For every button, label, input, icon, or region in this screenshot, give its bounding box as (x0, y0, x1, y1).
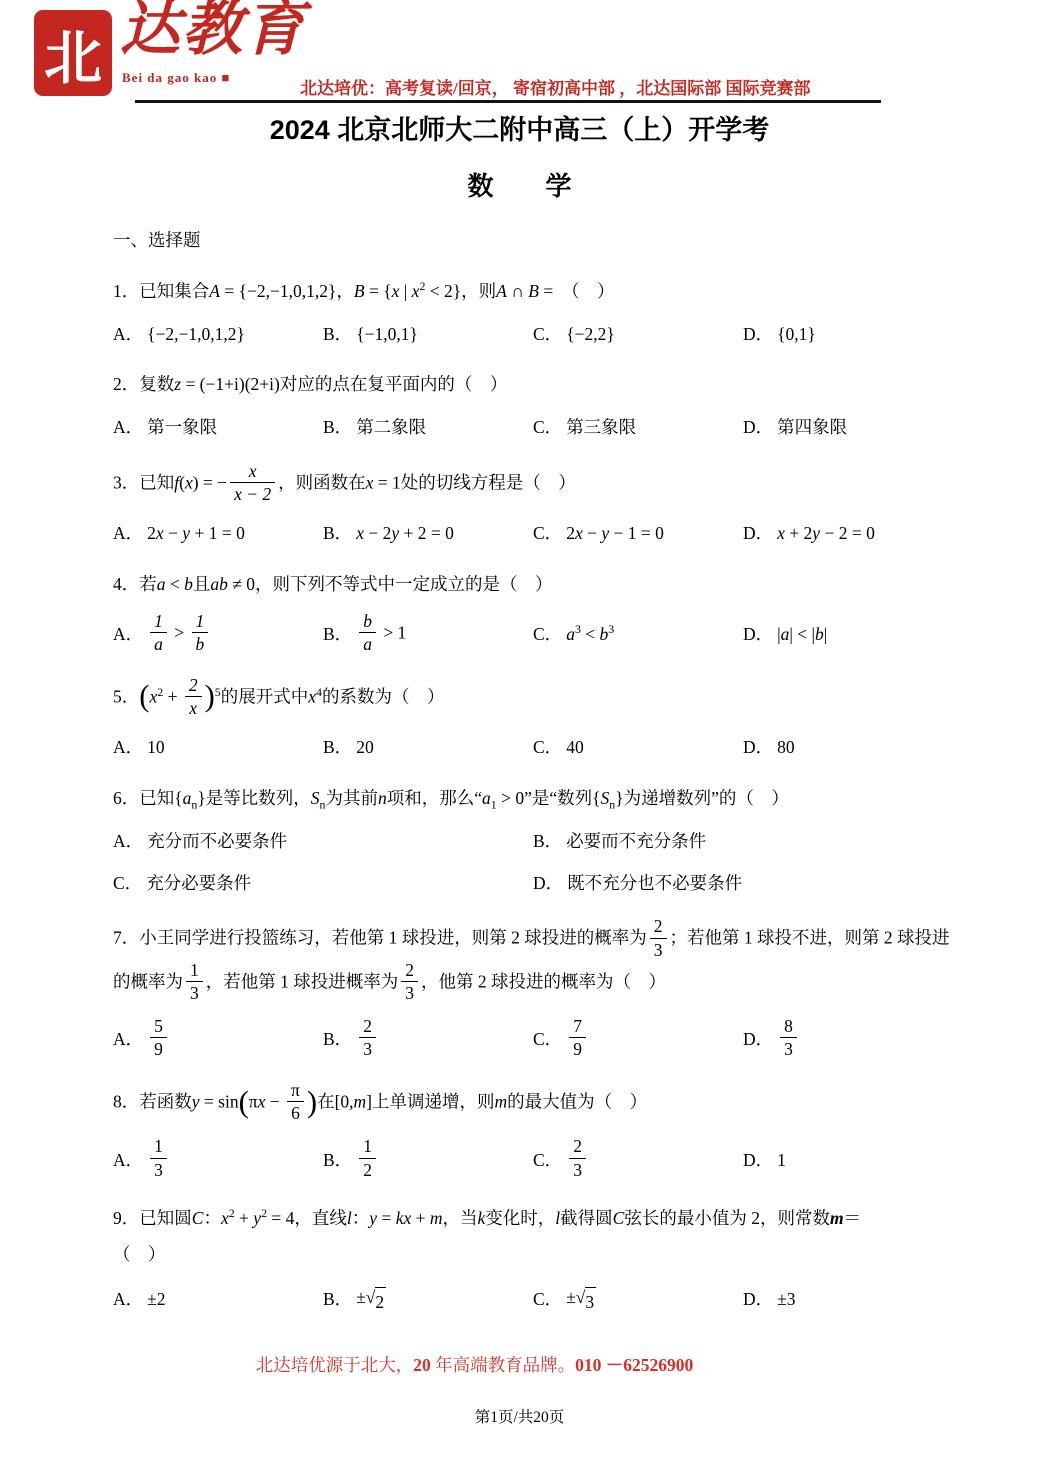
math-text: y (369, 1208, 377, 1228)
math-text: 20 (356, 737, 374, 757)
text: ： (352, 1208, 370, 1228)
big-paren: ) (307, 1085, 317, 1119)
option-label: A． (113, 1146, 143, 1175)
question: 5．(x2 + 2x)5的展开式中x4的系数为（ ） A．10B．20C．40D… (113, 677, 958, 762)
text: 项和，那么“ (387, 788, 482, 808)
option-B: B．ba > 1 (323, 613, 533, 656)
logo-script-text: 达教育 (120, 0, 330, 62)
exam-content: 一、选择题 1．已知集合A = {−2,−1,0,1,2}，B = {x | x… (113, 226, 958, 1317)
option-body: 第二象限 (356, 413, 426, 442)
option-body: 第三象限 (566, 413, 636, 442)
option-body: 20 (356, 733, 374, 762)
math-text: {−2,2} (566, 324, 615, 344)
option-A: A．{−2,−1,0,1,2} (113, 320, 323, 349)
fraction: 1a (150, 611, 167, 654)
exam-page: 北 达教育 Bei da gao kao ■ 北达培优：高考复读/回京， 寄宿初… (0, 0, 1039, 1465)
big-paren: ) (205, 679, 215, 713)
question-options: A．充分而不必要条件B．必要而不充分条件C．充分必要条件D．既不充分也不必要条件 (113, 827, 958, 898)
math-text: x (777, 523, 785, 543)
option-body: 必要而不充分条件 (566, 827, 706, 856)
math-text: 10 (147, 737, 165, 757)
logo: 北 达教育 Bei da gao kao ■ (36, 8, 326, 100)
math-text: x (185, 473, 193, 493)
questions: 1．已知集合A = {−2,−1,0,1,2}，B = {x | x2 < 2}… (113, 276, 958, 1317)
logo-seal: 北 (36, 12, 110, 94)
option-A: A．充分而不必要条件 (113, 827, 533, 856)
option-B: B．±√2 (323, 1283, 533, 1317)
option-C: C．40 (533, 733, 743, 762)
option-body: 23 (566, 1138, 589, 1181)
text: 充分而不必要条件 (147, 831, 287, 851)
text: ，当 (443, 1208, 478, 1228)
math-text: ±2 (147, 1289, 165, 1309)
text: 第二象限 (356, 417, 426, 437)
option-label: C． (113, 869, 142, 898)
option-A: A．59 (113, 1018, 323, 1061)
option-D: D．1 (743, 1146, 786, 1175)
math-text: ∩ (507, 281, 528, 301)
fraction: 59 (150, 1016, 167, 1059)
option-body: 2x − y + 1 = 0 (147, 519, 245, 548)
text: 6．已知 (113, 788, 174, 808)
math-text: − (583, 523, 602, 543)
header-slogan: 北达培优：高考复读/回京， 寄宿初高中部 ，北达国际部 国际竞赛部 (300, 74, 810, 99)
footer-brand: 北达培优源于北大，20 年高端教育品牌。010 －62526900 (0, 1352, 1039, 1377)
math-text: } (615, 788, 623, 808)
math-text: = 1 (373, 473, 400, 493)
footer-brand-part: －62526900 (601, 1355, 693, 1375)
question-options: A．±2B．±√2C．±√3D．±3 (113, 1283, 958, 1317)
text: 既不充分也不必要条件 (567, 873, 742, 893)
math-text: y (253, 1208, 261, 1228)
math-text: {0,1} (777, 324, 816, 344)
math-text: − (265, 1092, 284, 1112)
text: 是等比数列， (206, 788, 311, 808)
option-D: D．|a| < |b| (743, 620, 827, 649)
question-stem: 8．若函数y = sin(πx − π6)在[0,m]上单调递增，则m的最大值为… (113, 1082, 958, 1125)
question-stem: 5．(x2 + 2x)5的展开式中x4的系数为（ ） (113, 677, 958, 720)
math-text: 2 (566, 523, 575, 543)
option-D: D．83 (743, 1018, 800, 1061)
math-text: { (592, 788, 600, 808)
math-text: C (192, 1208, 204, 1228)
option-label: C． (533, 1285, 562, 1314)
math-text: = （ ） (539, 281, 615, 301)
option-D: D．既不充分也不必要条件 (533, 869, 742, 898)
option-label: A． (113, 413, 143, 442)
option-A: A．2x − y + 1 = 0 (113, 519, 323, 548)
text: 3．已知 (113, 473, 174, 493)
math-text: < (166, 574, 185, 594)
text: 截得圆 (560, 1208, 613, 1228)
option-C: C．充分必要条件 (113, 869, 533, 898)
question: 7．小王同学进行投篮练习，若他第 1 球投进，则第 2 球投进的概率为23；若他… (113, 918, 958, 1061)
math-text: + (411, 1208, 430, 1228)
question-stem: 2．复数z = (−1+i)(2+i)对应的点在复平面内的（ ） (113, 369, 958, 400)
text: ”是“数列 (524, 788, 592, 808)
question-stem: 9．已知圆C：x2 + y2 = 4，直线l：y = kx + m，当k变化时，… (113, 1203, 958, 1234)
option-D: D．±3 (743, 1285, 796, 1314)
math-text: − (164, 523, 183, 543)
math-text: = sin (200, 1092, 239, 1112)
math-text: } (197, 788, 205, 808)
option-label: A． (113, 827, 143, 856)
question: 4．若a < b且ab ≠ 0，则下列不等式中一定成立的是（ ） A．1a > … (113, 569, 958, 656)
math-text: ±3 (777, 1289, 795, 1309)
option-label: C． (533, 1146, 562, 1175)
math-text: + 2 (785, 523, 812, 543)
big-paren: ( (139, 679, 149, 713)
big-paren: ( (239, 1085, 249, 1119)
option-label: C． (533, 519, 562, 548)
question-options: A．{−2,−1,0,1,2}B．{−1,0,1}C．{−2,2}D．{0,1} (113, 320, 958, 349)
text: 上单调递增，则 (372, 1092, 495, 1112)
math-text: y (812, 523, 820, 543)
option-label: A． (113, 1285, 143, 1314)
option-A: A．±2 (113, 1285, 323, 1314)
text: 9．已知圆 (113, 1208, 192, 1228)
option-body: 充分而不必要条件 (147, 827, 287, 856)
math-text: | < | (789, 624, 815, 644)
math-text: m (354, 1092, 367, 1112)
option-label: D． (743, 1285, 773, 1314)
text: 必要而不充分条件 (566, 831, 706, 851)
text: ，则 (461, 281, 496, 301)
option-label: C． (533, 413, 562, 442)
subject-title: 数 学 (0, 166, 1039, 203)
option-body: x − 2y + 2 = 0 (356, 519, 454, 548)
option-body: 40 (566, 733, 584, 762)
math-text: 80 (777, 737, 795, 757)
math-text: a (566, 624, 575, 644)
math-text: ＝ (844, 1208, 862, 1228)
question-options: A．第一象限B．第二象限C．第三象限D．第四象限 (113, 413, 958, 442)
text: 第三象限 (566, 417, 636, 437)
question-stem: 1．已知集合A = {−2,−1,0,1,2}，B = {x | x2 < 2}… (113, 276, 958, 307)
question-options: A．59B．23C．79D．83 (113, 1018, 958, 1061)
math-text: m (430, 1208, 443, 1228)
math-text: y (182, 523, 190, 543)
math-text: S (601, 788, 610, 808)
option-label: B． (323, 733, 352, 762)
math-text: + (163, 687, 182, 707)
math-text: S (311, 788, 320, 808)
text: 7．小王同学进行投篮练习，若他第 1 球投进，则第 2 球投进的概率为 (113, 928, 647, 948)
math-text: B (528, 281, 539, 301)
option-body: 12 (356, 1138, 379, 1181)
math-text: x (575, 523, 583, 543)
text: 4．若 (113, 574, 157, 594)
math-text: ± (356, 1287, 366, 1307)
math-text: n (378, 788, 387, 808)
option-label: C． (533, 320, 562, 349)
math-text: 3 (608, 622, 614, 636)
math-text: {−2,−1,0,1,2} (147, 324, 245, 344)
header-rule (135, 100, 881, 103)
text: 8．若函数 (113, 1092, 192, 1112)
option-B: B．23 (323, 1018, 533, 1061)
option-label: C． (533, 1025, 562, 1054)
fraction: xx − 2 (230, 461, 275, 504)
option-B: B．第二象限 (323, 413, 533, 442)
question: 6．已知{an}是等比数列，Sn为其前n项和，那么“a1 > 0”是“数列{Sn… (113, 783, 958, 897)
option-label: B． (323, 320, 352, 349)
fraction: 13 (186, 960, 203, 1003)
fraction: 23 (650, 916, 667, 959)
option-D: D．x + 2y − 2 = 0 (743, 519, 875, 548)
question-stem: 3．已知f(x) = −xx − 2，则函数在x = 1处的切线方程是（ ） (113, 463, 958, 506)
option-A: A．1a > 1b (113, 613, 323, 656)
question: 8．若函数y = sin(πx − π6)在[0,m]上单调递增，则m的最大值为… (113, 1082, 958, 1182)
math-text: m (830, 1208, 844, 1228)
option-A: A．10 (113, 733, 323, 762)
question-stem: 7．小王同学进行投篮练习，若他第 1 球投进，则第 2 球投进的概率为23；若他… (113, 918, 958, 1005)
question-options: A．2x − y + 1 = 0B．x − 2y + 2 = 0C．2x − y… (113, 519, 958, 548)
text: 处的切线方程是（ ） (401, 473, 576, 493)
math-text: {−1,0,1} (356, 324, 418, 344)
text: 5． (113, 687, 139, 707)
fraction: 23 (569, 1136, 586, 1179)
option-A: A．第一象限 (113, 413, 323, 442)
option-body: |a| < |b| (777, 620, 827, 649)
option-label: D． (743, 1025, 773, 1054)
math-text: − 1 = 0 (609, 523, 664, 543)
footer-brand-part: 年高端教育品牌。 (431, 1355, 575, 1375)
logo-subtitle: Bei da gao kao ■ (122, 70, 230, 86)
text: 第一象限 (147, 417, 217, 437)
math-text: = (377, 1208, 396, 1228)
fraction: ba (359, 611, 376, 654)
option-label: B． (533, 827, 562, 856)
math-text: C (613, 1208, 625, 1228)
text: 且 (193, 574, 211, 594)
math-text: + (235, 1208, 254, 1228)
option-C: C．{−2,2} (533, 320, 743, 349)
option-label: D． (533, 869, 563, 898)
footer-brand-part: 010 (575, 1355, 601, 1375)
option-body: 1a > 1b (147, 613, 211, 656)
math-text: m (495, 1092, 508, 1112)
text: 的展开式中 (221, 687, 309, 707)
option-body: {0,1} (777, 320, 816, 349)
text: 的最大值为（ ） (507, 1092, 647, 1112)
option-label: C． (533, 733, 562, 762)
square-root: √3 (576, 1287, 596, 1317)
option-body: 10 (147, 733, 165, 762)
option-label: D． (743, 1146, 773, 1175)
option-label: D． (743, 620, 773, 649)
math-text: B (354, 281, 365, 301)
option-label: B． (323, 1025, 352, 1054)
option-label: B． (323, 413, 352, 442)
text: 2．复数 (113, 374, 174, 394)
math-text: | (399, 281, 411, 301)
math-text: A (496, 281, 507, 301)
option-B: B．12 (323, 1138, 533, 1181)
math-text: x (308, 687, 316, 707)
question-stem: 6．已知{an}是等比数列，Sn为其前n项和，那么“a1 > 0”是“数列{Sn… (113, 783, 958, 814)
option-B: B．必要而不充分条件 (533, 827, 706, 856)
option-C: C．a3 < b3 (533, 620, 743, 649)
text: 变化时， (485, 1208, 555, 1228)
text: ，则函数在 (278, 473, 366, 493)
math-text: y (391, 523, 399, 543)
footer-brand-part: 北达培优源于北大， (256, 1355, 414, 1375)
math-text: 1 (777, 1150, 786, 1170)
text: ，若他第 1 球投进概率为 (206, 971, 399, 991)
option-body: 1 (777, 1146, 786, 1175)
question: 9．已知圆C：x2 + y2 = 4，直线l：y = kx + m，当k变化时，… (113, 1203, 958, 1317)
text: （ ） (113, 1244, 166, 1264)
option-D: D．第四象限 (743, 413, 847, 442)
question: 1．已知集合A = {−2,−1,0,1,2}，B = {x | x2 < 2}… (113, 276, 958, 349)
text: 充分必要条件 (146, 873, 251, 893)
fraction: 13 (150, 1136, 167, 1179)
section-title: 一、选择题 (113, 226, 958, 255)
option-label: B． (323, 620, 352, 649)
fraction: 2x (185, 675, 202, 718)
text: 在 (317, 1092, 335, 1112)
math-text: [0, (335, 1092, 354, 1112)
option-label: D． (743, 733, 773, 762)
page-number: 第1页/共20页 (0, 1405, 1039, 1427)
option-label: B． (323, 1146, 352, 1175)
option-body: {−1,0,1} (356, 320, 418, 349)
math-text: a (482, 788, 491, 808)
text: ，直线 (294, 1208, 347, 1228)
math-text: = { (365, 281, 392, 301)
math-text: = {−2,−1,0,1,2} (220, 281, 336, 301)
question-options: A．10B．20C．40D．80 (113, 733, 958, 762)
math-text: y (601, 523, 609, 543)
fraction: π6 (287, 1080, 304, 1123)
option-body: a3 < b3 (566, 620, 614, 649)
text: ， (336, 281, 354, 301)
logo-seal-char: 北 (44, 11, 102, 95)
option-body: {−2,2} (566, 320, 615, 349)
option-body: 充分必要条件 (146, 869, 251, 898)
option-body: 23 (356, 1018, 379, 1061)
math-text: y (192, 1092, 200, 1112)
option-label: B． (323, 1285, 352, 1314)
text: ，则下列不等式中一定成立的是（ ） (255, 574, 553, 594)
math-text: > 1 (379, 622, 406, 642)
footer-brand-part: 20 (413, 1355, 431, 1375)
option-B: B．x − 2y + 2 = 0 (323, 519, 533, 548)
option-label: A． (113, 519, 143, 548)
text: ，他第 2 球投进的概率为（ ） (421, 971, 666, 991)
math-text: = 4 (267, 1208, 294, 1228)
math-text: ± (566, 1287, 576, 1307)
text: 弦长的最小值为 2，则常数 (624, 1208, 830, 1228)
question: 3．已知f(x) = −xx − 2，则函数在x = 1处的切线方程是（ ） A… (113, 463, 958, 548)
option-B: B．{−1,0,1} (323, 320, 533, 349)
math-text: > 0 (497, 788, 524, 808)
option-C: C．79 (533, 1018, 743, 1061)
question: 2．复数z = (−1+i)(2+i)对应的点在复平面内的（ ） A．第一象限B… (113, 369, 958, 442)
math-text: { (174, 788, 182, 808)
page-title: 2024 北京北师大二附中高三（上）开学考 (0, 108, 1039, 147)
fraction: 23 (401, 960, 418, 1003)
text: ： (203, 1208, 221, 1228)
text: 第四象限 (777, 417, 847, 437)
option-body: 80 (777, 733, 795, 762)
option-body: 既不充分也不必要条件 (567, 869, 742, 898)
option-label: D． (743, 519, 773, 548)
math-text: a (157, 574, 166, 594)
math-text: ab (210, 574, 228, 594)
question-stem: 4．若a < b且ab ≠ 0，则下列不等式中一定成立的是（ ） (113, 569, 958, 600)
math-text: x (156, 523, 164, 543)
text: 为其前 (325, 788, 378, 808)
option-C: C．2x − y − 1 = 0 (533, 519, 743, 548)
math-text: 2 (147, 523, 156, 543)
option-D: D．80 (743, 733, 795, 762)
option-label: A． (113, 1025, 143, 1054)
square-root: √2 (366, 1287, 386, 1317)
math-text: x (356, 523, 364, 543)
option-body: {−2,−1,0,1,2} (147, 320, 245, 349)
math-text: b (184, 574, 193, 594)
math-text: b (815, 624, 824, 644)
option-B: B．20 (323, 733, 533, 762)
option-body: 83 (777, 1018, 800, 1061)
math-text: < 2} (425, 281, 461, 301)
math-text: − 2 = 0 (820, 523, 875, 543)
option-body: 13 (147, 1138, 170, 1181)
math-text: ) = − (193, 473, 227, 493)
option-body: ±√3 (566, 1283, 596, 1317)
question-stem-continued: （ ） (113, 1239, 958, 1270)
text: 为递增数列”的（ ） (624, 788, 789, 808)
fraction: 79 (569, 1016, 586, 1059)
math-text: ≠ 0 (228, 574, 255, 594)
math-text: − 2 (364, 523, 391, 543)
option-body: 59 (147, 1018, 170, 1061)
option-D: D．{0,1} (743, 320, 816, 349)
option-body: 79 (566, 1018, 589, 1061)
math-text: b (600, 624, 609, 644)
option-label: A． (113, 620, 143, 649)
option-body: ±3 (777, 1285, 795, 1314)
option-label: D． (743, 413, 773, 442)
option-A: A．13 (113, 1138, 323, 1181)
math-text: + 2 = 0 (399, 523, 454, 543)
fraction: 83 (780, 1016, 797, 1059)
math-text: < (581, 624, 600, 644)
text: 对应的点在复平面内的（ ） (280, 374, 508, 394)
math-text: + 1 = 0 (190, 523, 245, 543)
math-text: x (221, 1208, 229, 1228)
math-text: | (824, 624, 828, 644)
math-text: = (−1+i)(2+i) (181, 374, 280, 394)
fraction: 12 (359, 1136, 376, 1179)
option-body: x + 2y − 2 = 0 (777, 519, 875, 548)
option-label: A． (113, 320, 143, 349)
text: 的系数为（ ） (322, 687, 445, 707)
question-options: A．13B．12C．23D．1 (113, 1138, 958, 1181)
question-options: A．1a > 1bB．ba > 1C．a3 < b3D．|a| < |b| (113, 613, 958, 656)
option-label: D． (743, 320, 773, 349)
option-C: C．第三象限 (533, 413, 743, 442)
math-text: π (249, 1092, 258, 1112)
option-label: A． (113, 733, 143, 762)
fraction: 23 (359, 1016, 376, 1059)
option-body: ±2 (147, 1285, 165, 1314)
fraction: 1b (192, 611, 209, 654)
option-label: C． (533, 620, 562, 649)
option-C: C．23 (533, 1138, 743, 1181)
